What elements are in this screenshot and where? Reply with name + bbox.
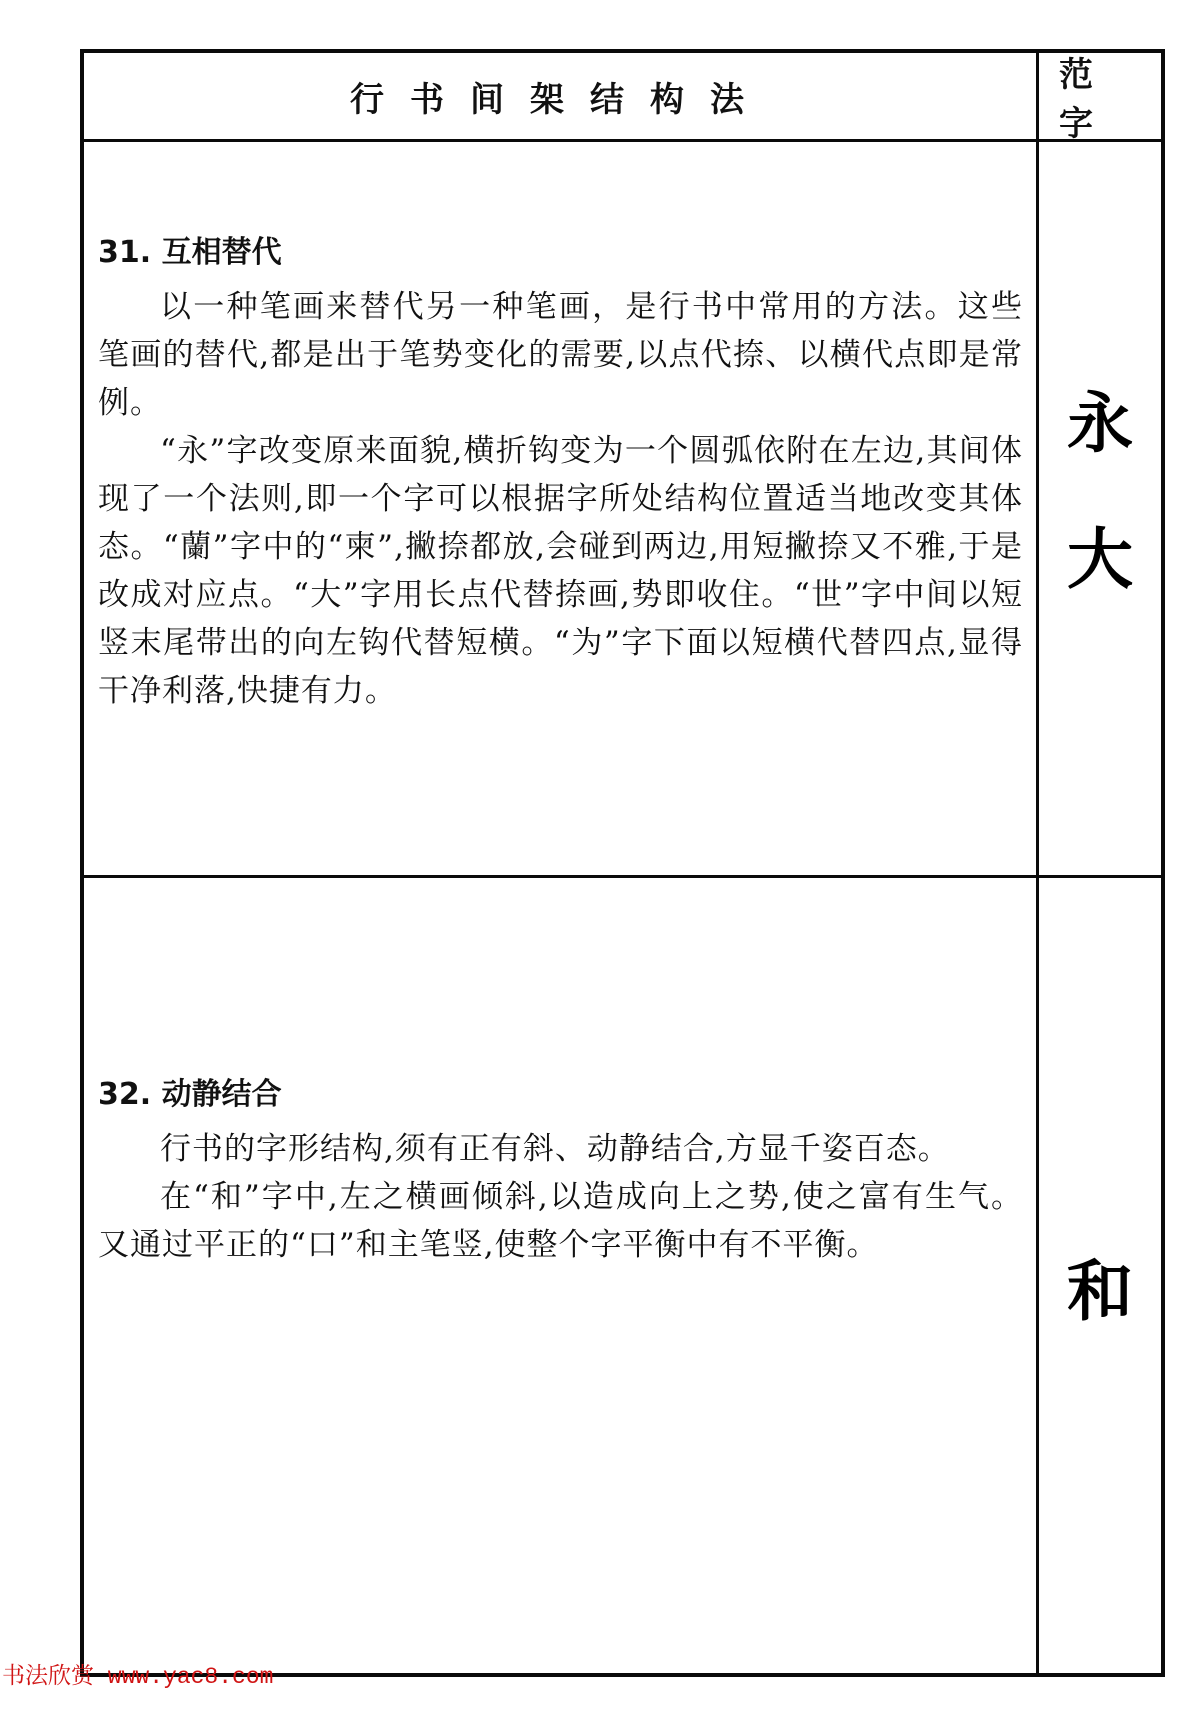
page-frame: 行书间架结构法 范字 31. 互相替代 以一种笔画来替代另一种笔画，是行书中常用… [80,49,1165,1677]
header-divider [84,139,1161,142]
column-divider [1036,53,1039,1673]
section-paragraph: 行书的字形结构,须有正有斜、动静结合,方显千姿百态。 [98,1125,1023,1173]
section-heading: 32. 动静结合 [98,1073,1023,1117]
section-32: 32. 动静结合 行书的字形结构,须有正有斜、动静结合,方显千姿百态。 在“和”… [98,1073,1023,1269]
page-title: 行书间架结构法 [84,53,1036,139]
section-paragraph: “永”字改变原来面貌,横折钩变为一个圆弧依附在左边,其间体现了一个法则,即一个字… [98,427,1023,715]
sample-column-title: 范字 [1039,53,1161,139]
sample-character-yong: 永 [1039,383,1161,463]
section-heading: 31. 互相替代 [98,231,1023,275]
site-watermark: 书法欣赏 www.yac8.com [2,1657,273,1690]
section-divider [84,875,1161,878]
section-paragraph: 在“和”字中,左之横画倾斜,以造成向上之势,使之富有生气。又通过平正的“口”和主… [98,1173,1023,1269]
section-paragraph: 以一种笔画来替代另一种笔画，是行书中常用的方法。这些笔画的替代,都是出于笔势变化… [98,283,1023,427]
sample-character-he: 和 [1039,1251,1161,1331]
section-31: 31. 互相替代 以一种笔画来替代另一种笔画，是行书中常用的方法。这些笔画的替代… [98,231,1023,715]
sample-character-da: 大 [1039,519,1161,599]
